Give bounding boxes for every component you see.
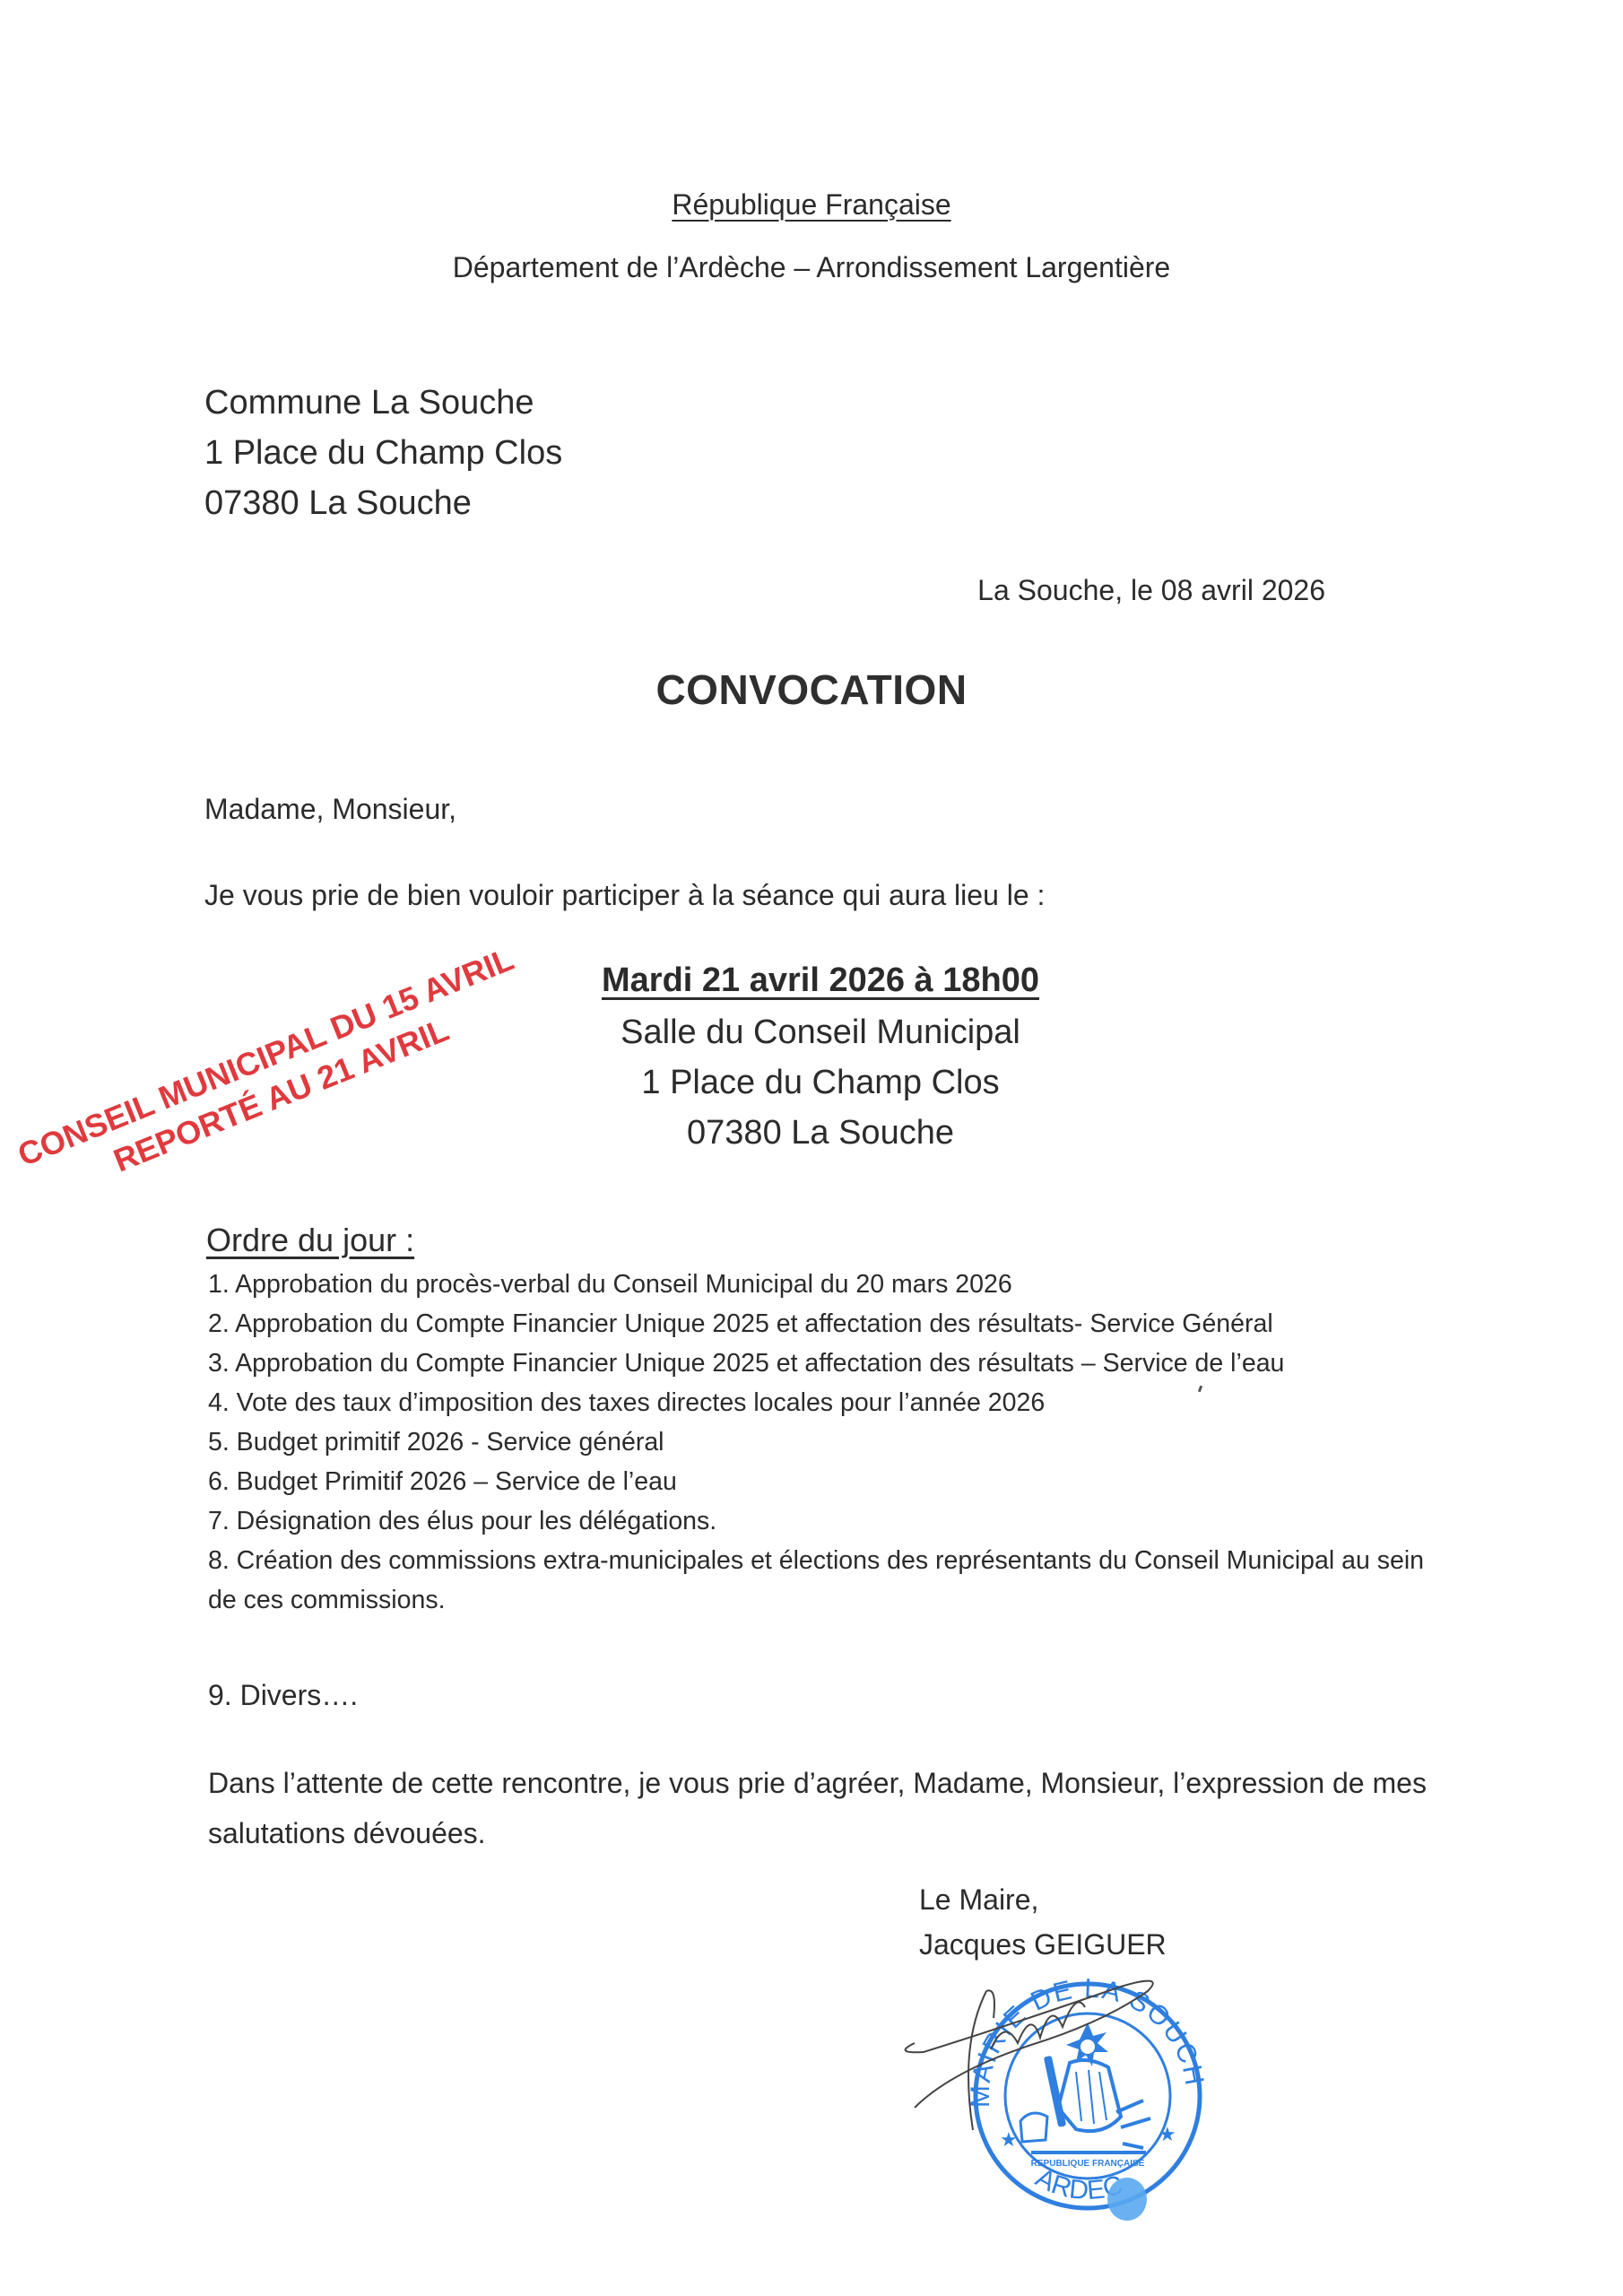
header-department: Département de l’Ardèche – Arrondissemen… — [0, 251, 1623, 284]
agenda-title: Ordre du jour : — [206, 1222, 414, 1259]
sender-address-line: 1 Place du Champ Clos — [204, 434, 562, 473]
agenda-item: 7. Désignation des élus pour les délégat… — [208, 1501, 1463, 1541]
agenda-title-text: Ordre du jour : — [206, 1222, 414, 1258]
document-title: CONVOCATION — [0, 665, 1623, 714]
agenda-item: 5. Budget primitif 2026 - Service généra… — [208, 1422, 1463, 1462]
star-icon: ★ — [1159, 2123, 1176, 2145]
seal-smudge — [1107, 2178, 1147, 2221]
agenda-item: 2. Approbation du Compte Financier Uniqu… — [208, 1304, 1463, 1344]
date-line: La Souche, le 08 avril 2026 — [977, 574, 1325, 607]
sender-address-line: 07380 La Souche — [204, 484, 472, 523]
agenda-item: 1. Approbation du procès-verbal du Conse… — [208, 1265, 1463, 1304]
star-icon: ★ — [1000, 2128, 1018, 2151]
intro-sentence: Je vous prie de bien vouloir participer … — [204, 879, 1045, 912]
signature-role: Le Maire, — [919, 1883, 1038, 1917]
agenda-item: 4. Vote des taux d’imposition des taxes … — [208, 1383, 1463, 1422]
meeting-datetime-text: Mardi 21 avril 2026 à 18h00 — [602, 961, 1039, 999]
header-republic: République Française — [0, 188, 1623, 222]
closing-paragraph: Dans l’attente de cette rencontre, je vo… — [208, 1758, 1445, 1858]
meeting-datetime: Mardi 21 avril 2026 à 18h00 — [0, 961, 1623, 1000]
agenda-list: 1. Approbation du procès-verbal du Conse… — [208, 1265, 1463, 1620]
salutation: Madame, Monsieur, — [204, 793, 456, 826]
agenda-item: 8. Création des commissions extra-munici… — [208, 1541, 1436, 1620]
agenda-item: 3. Approbation du Compte Financier Uniqu… — [208, 1344, 1463, 1383]
sender-address-line: Commune La Souche — [204, 384, 534, 422]
agenda-item: 6. Budget Primitif 2026 – Service de l’e… — [208, 1462, 1463, 1501]
agenda-item-divers: 9. Divers…. — [208, 1679, 358, 1712]
header-republic-text: République Française — [672, 188, 950, 221]
town-hall-seal: MAIRIE DE LA SOUCHE REPUBLIQUE FRANÇAISE… — [897, 1937, 1273, 2260]
